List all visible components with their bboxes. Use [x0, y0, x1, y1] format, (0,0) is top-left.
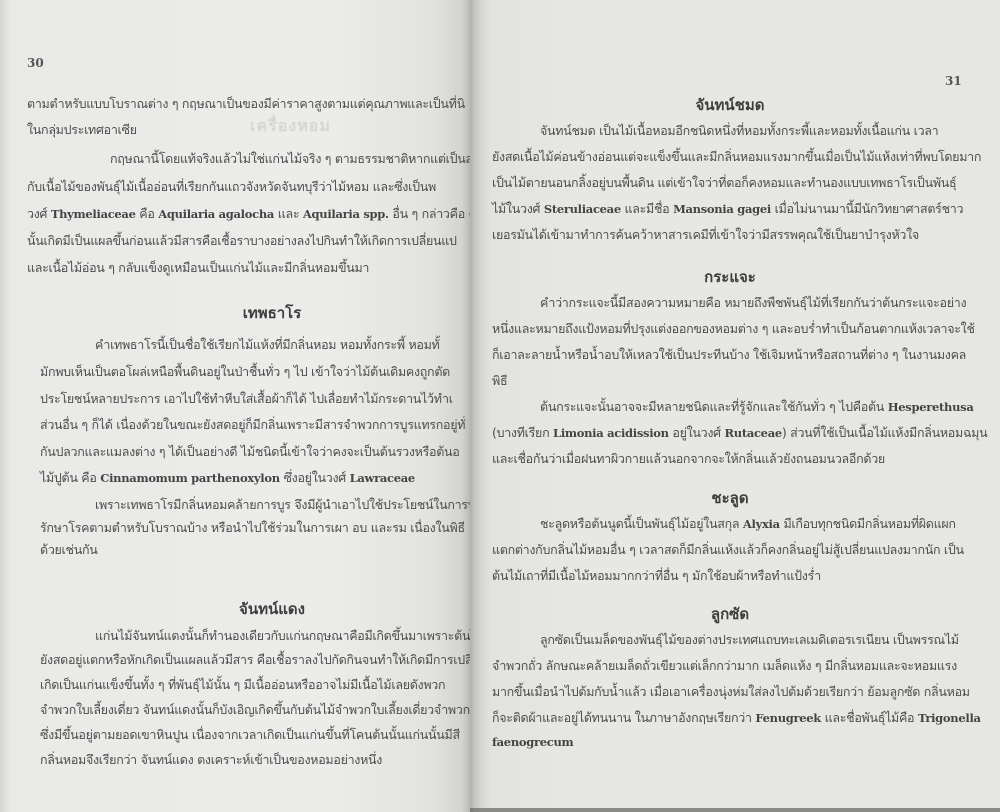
text-line: มากขึ้นเมื่อนำไปต้มกับน้ำแล้ว เมื่อเอาเค… — [492, 682, 970, 702]
text-line: จันทน์ชมด เป็นไม้เนื้อหอมอีกชนิดหนึ่งที่… — [540, 121, 938, 141]
right-page: 31 จันทน์ชมดจันทน์ชมด เป็นไม้เนื้อหอมอีก… — [470, 0, 1000, 812]
text-segment: ไม้ปูต้น คือ — [40, 470, 100, 485]
text-line: พิธี — [492, 371, 507, 391]
page-edge-shadow — [0, 0, 10, 812]
scientific-name: Alyxia — [743, 517, 780, 531]
text-line: นั้นเกิดมีเป็นแผลขึ้นก่อนแล้วมีสารคือเชื… — [27, 231, 457, 251]
text-line: ด้วยเช่นกัน — [40, 540, 97, 560]
text-line: ต้นไม้เถาที่มีเนื้อไม้หอมมากกว่าที่อื่น … — [492, 566, 821, 586]
text-line: ส่วนอื่น ๆ ก็ได้ เนื่องด้วยในขณะยังสดอยู… — [40, 415, 465, 435]
text-segment: อยู่ในวงศ์ — [669, 425, 725, 440]
scientific-name: Lawraceae — [350, 471, 415, 485]
section-heading: จันทน์แดง — [239, 597, 305, 621]
text-line: ก็จะติดผ้าและอยู่ได้ทนนาน ในภาษาอังกฤษเร… — [492, 708, 981, 728]
scientific-name: Steruliaceae — [544, 202, 621, 216]
text-line: faenogrecum — [492, 734, 573, 749]
text-line: มักพบเห็นเป็นตอโผล่เหนือพื้นดินอยู่ในป่า… — [40, 362, 450, 382]
text-segment: ซึ่งอยู่ในวงศ์ — [280, 470, 350, 485]
text-line: ประโยชน์หลายประการ เอาไปใช้ทำหีบใส่เสื้อ… — [40, 389, 453, 409]
text-line: และเนื้อไม้อ่อน ๆ กลับแข็งดูเหมือนเป็นแก… — [27, 258, 369, 278]
text-line: (บางทีเรียก Limonia acidission อยู่ในวงศ… — [492, 423, 987, 443]
section-heading: ชะลูด — [711, 486, 748, 510]
text-line: เพราะเทพธาโรมีกลิ่นหอมคล้ายการบูร จึงมีผ… — [95, 495, 470, 515]
text-line: จำพวกถั่ว ลักษณะคล้ายเมล็ดถั่วเขียวแต่เล… — [492, 656, 957, 676]
scientific-name: Rutaceae — [725, 426, 782, 440]
text-line: ยังสดเนื้อไม้ค่อนข้างอ่อนแต่จะแข็งขึ้นแล… — [492, 147, 981, 167]
scientific-name: Aquilaria agalocha — [158, 207, 274, 221]
text-line: ไม้ในวงศ์ Steruliaceae และมีชื่อ Mansoni… — [492, 199, 963, 219]
text-line: ไม้ปูต้น คือ Cinnamomum parthenoxylon ซึ… — [40, 468, 415, 488]
section-heading: ลูกซัด — [711, 602, 749, 626]
text-segment: และมีชื่อ — [621, 201, 673, 216]
text-line: กลิ่นหอมจึงเรียกว่า จันทน์แดง ตงเคราะห์เ… — [40, 750, 382, 770]
text-segment: ต้นกระแจะนั้นอาจจะมีหลายชนิดและที่รู้จัก… — [540, 399, 888, 414]
text-segment: มีเกือบทุกชนิดมีกลิ่นหอมที่ผิดแผก — [780, 516, 956, 531]
text-segment: และ — [274, 206, 303, 221]
text-segment: คือ — [136, 206, 159, 221]
book-gutter — [462, 0, 482, 812]
text-segment: วงศ์ — [27, 206, 51, 221]
text-line: ชะลูดหรือต้นนูดนี้เป็นพันธุ์ไม้อยู่ในสกุ… — [540, 514, 956, 534]
text-line: คำว่ากระแจะนี้มีสองความหมายคือ หมายถึงพื… — [540, 293, 966, 313]
page-number-left: 30 — [27, 56, 44, 70]
text-line: แตกต่างกับกลิ่นไม้หอมอื่น ๆ เวลาสดก็มีกล… — [492, 540, 964, 560]
text-line: แก่นไม้จันทน์แดงนั้นก็ทำนองเดียวกับแก่นก… — [95, 626, 470, 646]
scientific-name: Limonia acidission — [553, 426, 669, 440]
text-segment: ก็จะติดผ้าและอยู่ได้ทนนาน ในภาษาอังกฤษเร… — [492, 710, 755, 725]
scientific-name: Hesperethusa — [888, 400, 974, 414]
section-heading: กระแจะ — [704, 265, 756, 289]
text-line: ในกลุ่มประเทศอาเซีย — [27, 120, 137, 140]
section-heading: เทพธาโร — [243, 301, 302, 325]
left-page: 30 เครื่องหอม ตามตำหรับแบบโบราณต่าง ๆ กฤ… — [0, 0, 470, 812]
text-segment: อื่น ๆ กล่าวคือ ต้ — [389, 206, 470, 221]
text-line: คำเทพธาโรนี้เป็นชื่อใช้เรียกไม้แห้งที่มี… — [95, 335, 439, 355]
text-line: ก็เอาละลายน้ำหรือน้ำอบให้เหลวใช้เป็นประท… — [492, 345, 966, 365]
text-line: ตามตำหรับแบบโบราณต่าง ๆ กฤษณาเป็นของมีค่… — [27, 94, 465, 114]
text-line: ต้นกระแจะนั้นอาจจะมีหลายชนิดและที่รู้จัก… — [540, 397, 973, 417]
section-heading: จันทน์ชมด — [696, 93, 765, 117]
page-number-right: 31 — [945, 74, 962, 88]
text-line: กันปลวกและแมลงต่าง ๆ ได้เป็นอย่างดี ไม้ช… — [40, 442, 460, 462]
scientific-name: Cinnamomum parthenoxylon — [100, 471, 280, 485]
text-segment: ) ส่วนที่ใช้เป็นเนื้อไม้แห้งมีกลิ่นหอมฉม… — [782, 425, 987, 440]
text-line: เป็นไม้ตายนอนกลิ้งอยู่บนพื้นดิน แต่เข้าใ… — [492, 173, 956, 193]
text-line: ยังสดอยู่แตกหรือหักเกิดเป็นแผลแล้วมีสาร … — [40, 650, 470, 670]
text-line: เกิดเป็นแก่นแข็งขึ้นทั้ง ๆ ที่พันธุ์ไม้น… — [40, 675, 445, 695]
scientific-name: Fenugreek — [755, 711, 821, 725]
text-line: และเชื่อกันว่าเมื่อฝนทาผิวกายแล้วนอกจากจ… — [492, 449, 885, 469]
text-segment: (บางทีเรียก — [492, 425, 553, 440]
text-line: จำพวกใบเลี้ยงเดี่ยว จันทน์แดงนั้นก็บังเอ… — [40, 700, 470, 720]
text-line: รักษาโรคตามตำหรับโบราณบ้าง หรือนำไปใช้ร่… — [40, 518, 465, 538]
scientific-name: Thymeliaceae — [51, 207, 136, 221]
scientific-name: Aquilaria spp. — [303, 207, 389, 221]
text-line: เยอรมันได้เข้ามาทำการค้นคว้าหาสารเคมีที่… — [492, 225, 919, 245]
text-line: ซึ่งมีขึ้นอยู่ตามยอดเขาหินปูน เนื่องจากเ… — [40, 725, 460, 745]
text-segment: ชะลูดหรือต้นนูดนี้เป็นพันธุ์ไม้อยู่ในสกุ… — [540, 516, 743, 531]
scientific-name: Trigonella — [918, 711, 981, 725]
text-line: วงศ์ Thymeliaceae คือ Aquilaria agalocha… — [27, 204, 470, 224]
text-segment: และชื่อพันธุ์ไม้คือ — [821, 710, 918, 725]
text-segment: ไม้ในวงศ์ — [492, 201, 544, 216]
text-line: ลูกซัดเป็นเมล็ดของพันธุ์ไม้ของต่างประเทศ… — [540, 630, 959, 650]
text-line: กับเนื้อไม้ของพันธุ์ไม้เนื้ออ่อนที่เรียก… — [27, 177, 436, 197]
scientific-name: Mansonia gagei — [673, 202, 771, 216]
text-segment: เมื่อไม่นานมานี้มีนักวิทยาศาสตร์ชาว — [771, 201, 963, 216]
bleed-through-heading: เครื่องหอม — [250, 114, 331, 139]
scientific-name: faenogrecum — [492, 735, 573, 749]
text-line: กฤษณานี้โดยแท้จริงแล้วไม่ใช่แก่นไม้จริง … — [110, 149, 470, 169]
text-line: หนึ่งและหมายถึงแป้งหอมที่ปรุงแต่งออกของห… — [492, 319, 975, 339]
